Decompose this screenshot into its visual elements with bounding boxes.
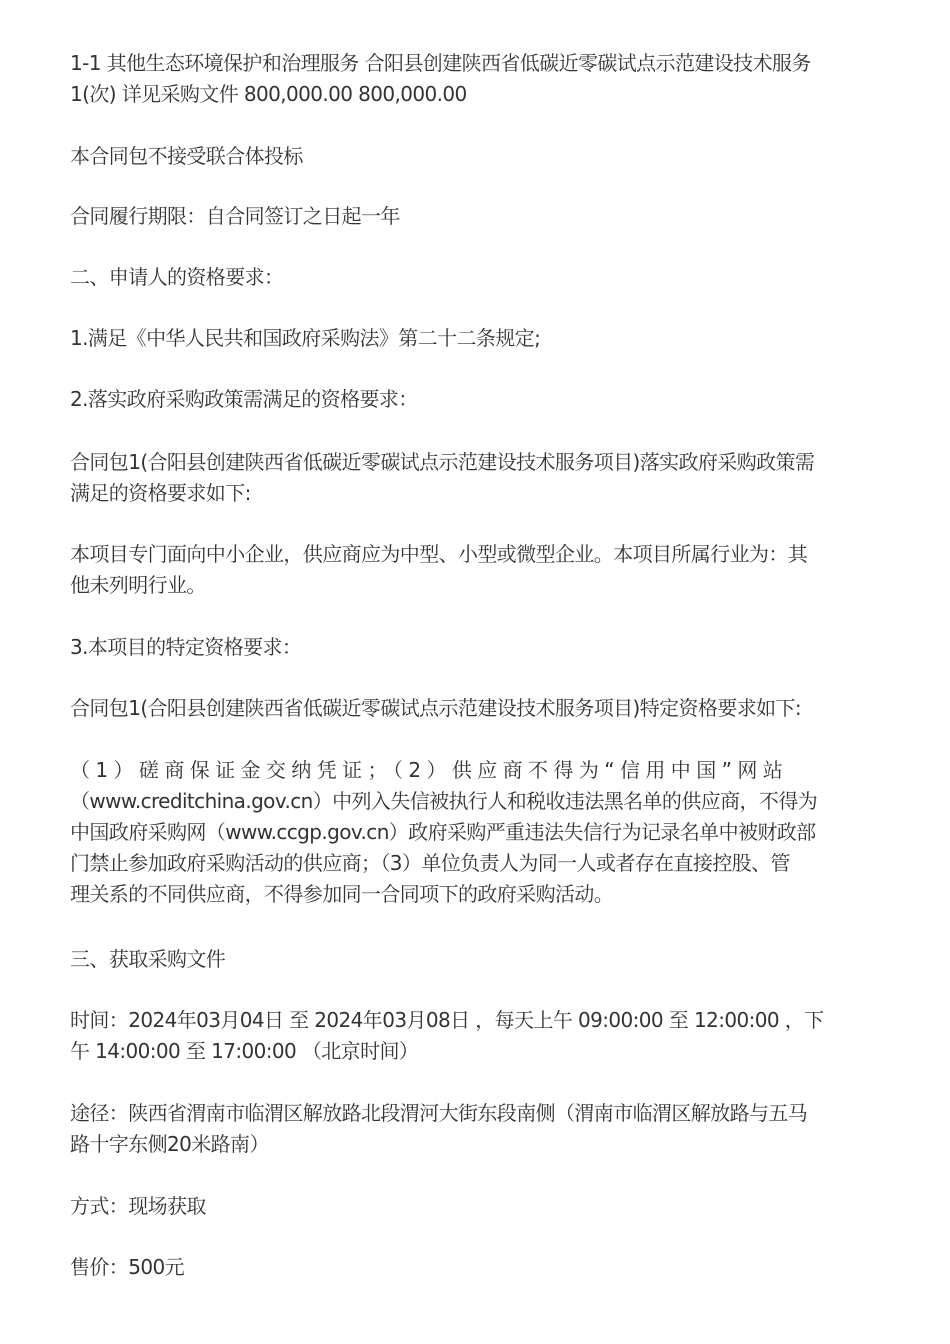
time-line-1: 时间：2024年03月04日 至 2024年03月08日 ，每天上午 09:00… <box>70 1005 882 1036</box>
contract-period-text: 合同履行期限：自合同签订之日起一年 <box>70 201 882 232</box>
section-3-heading: 三、获取采购文件 <box>70 944 882 975</box>
section-2-heading: 二、申请人的资格要求： <box>70 262 882 293</box>
specific-line-1: （1）磋商保证金交纳凭证；（2）供应商不得为“信用中国”网站 <box>70 755 882 786</box>
requirement-3: 3.本项目的特定资格要求： <box>70 632 882 663</box>
package-policy-line-2: 满足的资格要求如下: <box>70 478 882 509</box>
price-text: 售价：500元 <box>70 1252 882 1283</box>
specific-requirements-paragraph: （1）磋商保证金交纳凭证；（2）供应商不得为“信用中国”网站 （www.cred… <box>70 755 882 910</box>
route-line-1: 途径：陕西省渭南市临渭区解放路北段渭河大街东段南侧（渭南市临渭区解放路与五马 <box>70 1098 882 1129</box>
document-page: 1-1 其他生态环境保护和治理服务 合阳县创建陕西省低碳近零碳试点示范建设技术服… <box>0 0 950 1344</box>
specific-line-4: 门禁止参加政府采购活动的供应商；（3）单位负责人为同一人或者存在直接控股、管 <box>70 848 882 879</box>
specific-line-5: 理关系的不同供应商，不得参加同一合同项下的政府采购活动。 <box>70 879 882 910</box>
sme-paragraph: 本项目专门面向中小企业，供应商应为中型、小型或微型企业。本项目所属行业为：其 他… <box>70 539 882 601</box>
specific-line-2: （www.creditchina.gov.cn）中列入失信被执行人和税收违法黑名… <box>70 786 882 817</box>
time-line-2: 午 14:00:00 至 17:00:00 （北京时间） <box>70 1036 882 1067</box>
package-policy-paragraph: 合同包1(合阳县创建陕西省低碳近零碳试点示范建设技术服务项目)落实政府采购政策需… <box>70 447 882 509</box>
item-line: 1-1 其他生态环境保护和治理服务 合阳县创建陕西省低碳近零碳试点示范建设技术服… <box>70 48 882 110</box>
package-policy-line-1: 合同包1(合阳县创建陕西省低碳近零碳试点示范建设技术服务项目)落实政府采购政策需 <box>70 447 882 478</box>
specific-line-3: 中国政府采购网（www.ccgp.gov.cn）政府采购严重违法失信行为记录名单… <box>70 817 882 848</box>
route-line-2: 路十字东侧20米路南） <box>70 1129 882 1160</box>
sme-line-2: 他未列明行业。 <box>70 570 882 601</box>
requirement-1: 1.满足《中华人民共和国政府采购法》第二十二条规定; <box>70 323 882 354</box>
item-line-1: 1-1 其他生态环境保护和治理服务 合阳县创建陕西省低碳近零碳试点示范建设技术服… <box>70 48 882 79</box>
route-paragraph: 途径：陕西省渭南市临渭区解放路北段渭河大街东段南侧（渭南市临渭区解放路与五马 路… <box>70 1098 882 1160</box>
sme-line-1: 本项目专门面向中小企业，供应商应为中型、小型或微型企业。本项目所属行业为：其 <box>70 539 882 570</box>
package-specific-heading: 合同包1(合阳县创建陕西省低碳近零碳试点示范建设技术服务项目)特定资格要求如下: <box>70 693 882 724</box>
item-line-2: 1(次) 详见采购文件 800,000.00 800,000.00 <box>70 79 882 110</box>
method-text: 方式：现场获取 <box>70 1191 882 1222</box>
no-consortium-text: 本合同包不接受联合体投标 <box>70 141 882 172</box>
time-paragraph: 时间：2024年03月04日 至 2024年03月08日 ，每天上午 09:00… <box>70 1005 882 1067</box>
requirement-2: 2.落实政府采购政策需满足的资格要求： <box>70 384 882 415</box>
